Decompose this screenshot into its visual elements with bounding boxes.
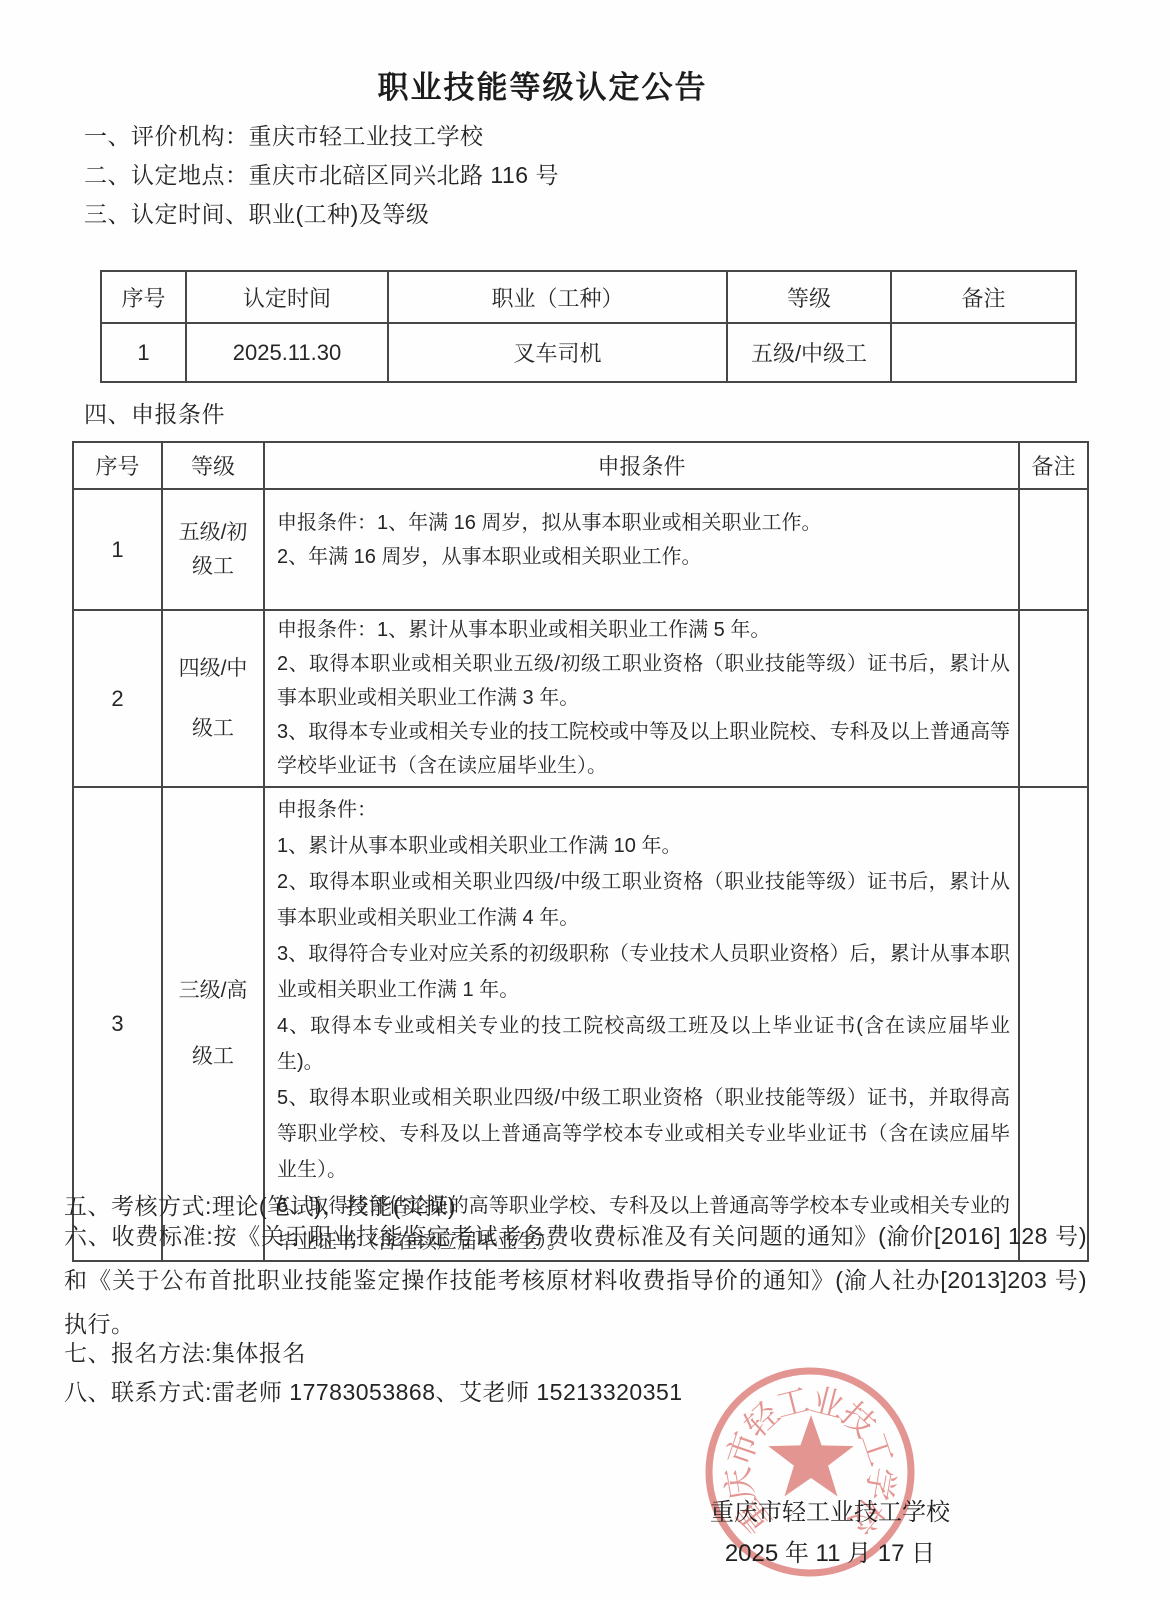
conditions-row-intermediate: 2 四级/中 级工 申报条件：1、累计从事本职业或相关职业工作满 5 年。 2、… xyxy=(73,610,1088,787)
level-line: 级工 xyxy=(192,554,234,580)
schedule-level: 五级/中级工 xyxy=(727,323,891,382)
criteria-paragraph: 3、取得符合专业对应关系的初级职称（专业技术人员职业资格）后，累计从事本职业或相… xyxy=(265,936,1018,1008)
schedule-col-occupation: 职业（工种） xyxy=(388,271,727,323)
criteria-paragraph: 申报条件：1、年满 16 周岁，拟从事本职业或相关职业工作。 xyxy=(265,506,1018,540)
criteria-paragraph: 2、取得本职业或相关职业四级/中级工职业资格（职业技能等级）证书后，累计从事本职… xyxy=(265,864,1018,936)
criteria-paragraph: 2、取得本职业或相关职业五级/初级工职业资格（职业技能等级）证书后，累计从事本职… xyxy=(265,647,1018,715)
schedule-no: 1 xyxy=(101,323,186,382)
criteria-paragraph: 2、年满 16 周岁，从事本职业或相关职业工作。 xyxy=(265,540,1018,574)
schedule-col-date: 认定时间 xyxy=(186,271,388,323)
signature-org: 重庆市轻工业技工学校 xyxy=(640,1492,1020,1527)
page-title: 职业技能等级认定公告 xyxy=(0,62,1085,107)
row-remark xyxy=(1019,610,1088,787)
row-criteria: 申报条件：1、年满 16 周岁，拟从事本职业或相关职业工作。 2、年满 16 周… xyxy=(264,489,1019,610)
conditions-col-no: 序号 xyxy=(73,442,162,489)
line-location: 二、认定地点：重庆市北碚区同兴北路 116 号 xyxy=(84,159,559,191)
criteria-paragraph: 3、取得本专业或相关专业的技工院校或中等及以上职业院校、专科及以上普通高等学校毕… xyxy=(265,715,1018,783)
line-fees: 六、收费标准:按《关于职业技能鉴定考试考务费收费标准及有关问题的通知》(渝价[2… xyxy=(64,1214,1087,1346)
document-page: 职业技能等级认定公告 一、评价机构：重庆市轻工业技工学校 二、认定地点：重庆市北… xyxy=(0,0,1172,1600)
criteria-paragraph: 申报条件：1、累计从事本职业或相关职业工作满 5 年。 xyxy=(265,613,1018,647)
schedule-date: 2025.11.30 xyxy=(186,323,388,382)
level-line: 五级/初 xyxy=(179,520,248,546)
line-evaluator: 一、评价机构：重庆市轻工业技工学校 xyxy=(84,120,484,152)
conditions-row-junior: 1 五级/初 级工 申报条件：1、年满 16 周岁，拟从事本职业或相关职业工作。… xyxy=(73,489,1088,610)
criteria-paragraph: 4、取得本专业或相关专业的技工院校高级工班及以上毕业证书(含在读应届毕业生)。 xyxy=(265,1008,1018,1080)
row-no: 2 xyxy=(73,610,162,787)
schedule-occupation: 叉车司机 xyxy=(388,323,727,382)
schedule-col-no: 序号 xyxy=(101,271,186,323)
row-remark xyxy=(1019,787,1088,1261)
conditions-table: 序号 等级 申报条件 备注 1 五级/初 级工 申报条件：1、年满 16 周岁，… xyxy=(72,441,1089,1262)
row-criteria: 申报条件：1、累计从事本职业或相关职业工作满 5 年。 2、取得本职业或相关职业… xyxy=(264,610,1019,787)
criteria-paragraph: 申报条件： xyxy=(265,792,1018,828)
conditions-col-criteria: 申报条件 xyxy=(264,442,1019,489)
schedule-table: 序号 认定时间 职业（工种） 等级 备注 1 2025.11.30 叉车司机 五… xyxy=(100,270,1077,383)
row-remark xyxy=(1019,489,1088,610)
level-line: 级工 xyxy=(192,716,234,742)
row-no: 1 xyxy=(73,489,162,610)
criteria-paragraph: 5、取得本职业或相关职业四级/中级工职业资格（职业技能等级）证书，并取得高等职业… xyxy=(265,1080,1018,1188)
schedule-col-remark: 备注 xyxy=(891,271,1076,323)
conditions-header-row: 序号 等级 申报条件 备注 xyxy=(73,442,1088,489)
level-line: 四级/中 xyxy=(179,656,248,682)
criteria-paragraph: 1、累计从事本职业或相关职业工作满 10 年。 xyxy=(265,828,1018,864)
line-schedule-heading: 三、认定时间、职业(工种)及等级 xyxy=(84,198,429,230)
row-level: 四级/中 级工 xyxy=(162,610,264,787)
row-level: 五级/初 级工 xyxy=(162,489,264,610)
schedule-col-level: 等级 xyxy=(727,271,891,323)
conditions-col-remark: 备注 xyxy=(1019,442,1088,489)
level-line: 级工 xyxy=(192,1044,234,1070)
line-registration: 七、报名方法:集体报名 xyxy=(64,1337,306,1369)
signature-date: 2025 年 11 月 17 日 xyxy=(640,1533,1020,1568)
schedule-header-row: 序号 认定时间 职业（工种） 等级 备注 xyxy=(101,271,1076,323)
conditions-col-level: 等级 xyxy=(162,442,264,489)
line-contact: 八、联系方式:雷老师 17783053868、艾老师 15213320351 xyxy=(64,1376,683,1408)
schedule-remark xyxy=(891,323,1076,382)
line-conditions-heading: 四、申报条件 xyxy=(84,398,225,430)
schedule-row: 1 2025.11.30 叉车司机 五级/中级工 xyxy=(101,323,1076,382)
level-line: 三级/高 xyxy=(179,978,248,1004)
